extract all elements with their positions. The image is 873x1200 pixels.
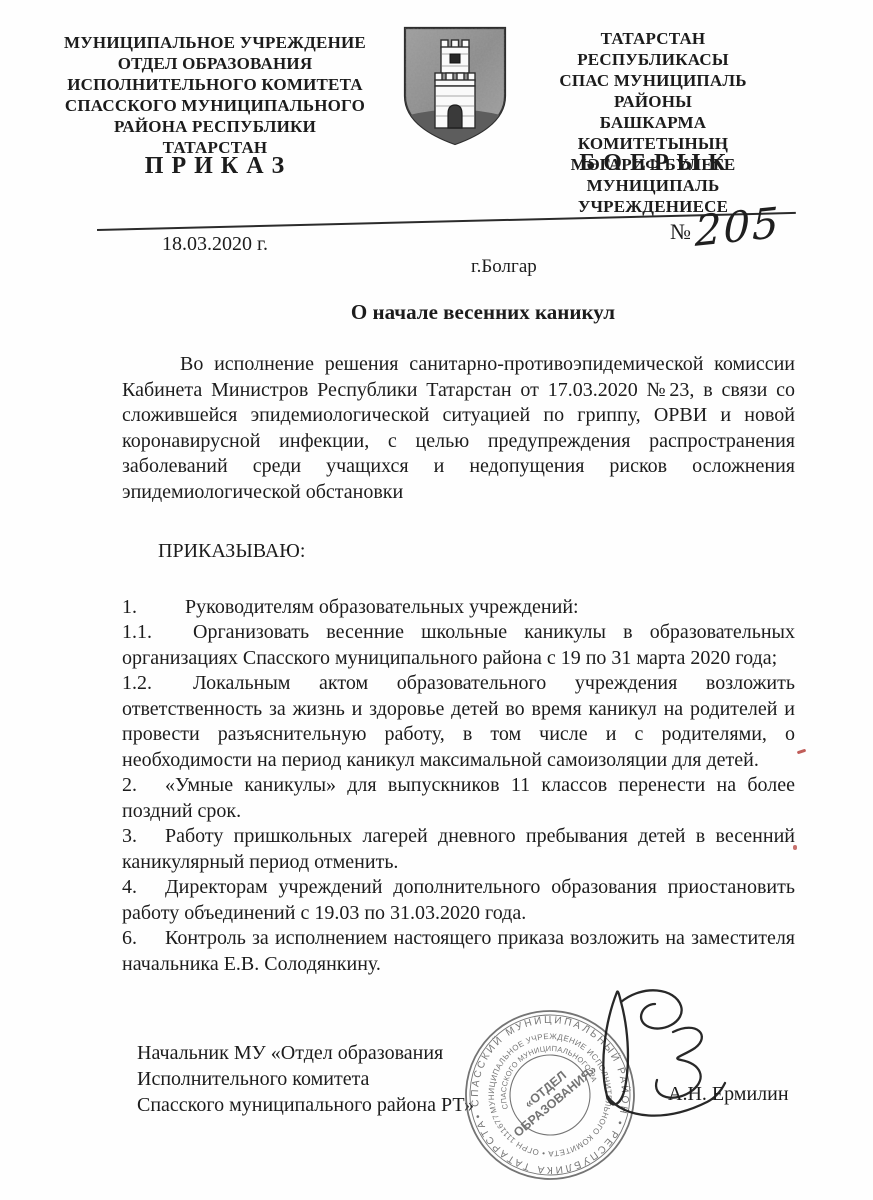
order-item-4: 4.Директорам учреждений дополнительного … bbox=[122, 875, 795, 926]
document-title: О начале весенних каникул bbox=[351, 300, 615, 325]
item-text: Организовать весенние школьные каникулы … bbox=[122, 621, 795, 669]
document-body: Во исполнение решения санитарно-противоэ… bbox=[122, 352, 795, 977]
intro-paragraph: Во исполнение решения санитарно-противоэ… bbox=[122, 352, 795, 505]
org-line: РАЙОНА РЕСПУБЛИКИ ТАТАРСТАН bbox=[60, 116, 370, 158]
org-line: МУНИЦИПАЛЬНОЕ УЧРЕЖДЕНИЕ bbox=[60, 32, 370, 53]
signer-position-line: Исполнительного комитета bbox=[137, 1066, 474, 1092]
signer-position-line: Спасского муниципального района РТ» bbox=[137, 1092, 474, 1118]
order-item-1-1: 1.1.Организовать весенние школьные каник… bbox=[122, 620, 795, 671]
item-text: Контроль за исполнением настоящего прика… bbox=[122, 927, 795, 975]
signer-position: Начальник МУ «Отдел образования Исполнит… bbox=[137, 1040, 474, 1118]
org-line: СПАССКОГО МУНИЦИПАЛЬНОГО bbox=[60, 95, 370, 116]
item-number: 4. bbox=[122, 875, 165, 901]
org-line: ИСПОЛНИТЕЛЬНОГО КОМИТЕТА bbox=[60, 74, 370, 95]
document-page: МУНИЦИПАЛЬНОЕ УЧРЕЖДЕНИЕ ОТДЕЛ ОБРАЗОВАН… bbox=[0, 0, 873, 1200]
number-label: № bbox=[670, 219, 691, 245]
document-place: г.Болгар bbox=[471, 256, 537, 278]
org-name-tatar: ТАТАРСТАН РЕСПУБЛИКАСЫ СПАС МУНИЦИПАЛЬ Р… bbox=[527, 28, 779, 217]
handwritten-number: 205 bbox=[690, 194, 810, 258]
item-text: Руководителям образовательных учреждений… bbox=[185, 596, 579, 618]
item-text: «Умные каникулы» для выпускников 11 клас… bbox=[122, 774, 795, 822]
order-word: ПРИКАЗЫВАЮ: bbox=[122, 539, 795, 565]
svg-text:205: 205 bbox=[694, 198, 781, 256]
document-date: 18.03.2020 г. bbox=[162, 233, 268, 256]
order-item-1: 1.Руководителям образовательных учрежден… bbox=[122, 595, 795, 621]
org-name-russian: МУНИЦИПАЛЬНОЕ УЧРЕЖДЕНИЕ ОТДЕЛ ОБРАЗОВАН… bbox=[60, 32, 370, 158]
item-number: 1.1. bbox=[122, 620, 193, 646]
red-scan-mark bbox=[793, 845, 797, 850]
signer-name: А.Н. Ермилин bbox=[668, 1083, 789, 1106]
org-line: ТАТАРСТАН РЕСПУБЛИКАСЫ bbox=[527, 28, 779, 70]
red-scan-mark bbox=[797, 749, 806, 755]
item-text: Работу пришкольных лагерей дневного преб… bbox=[122, 825, 795, 873]
org-line: ОТДЕЛ ОБРАЗОВАНИЯ bbox=[60, 53, 370, 74]
item-number: 6. bbox=[122, 926, 165, 952]
order-item-6: 6.Контроль за исполнением настоящего при… bbox=[122, 926, 795, 977]
order-item-2: 2.«Умные каникулы» для выпускников 11 кл… bbox=[122, 773, 795, 824]
item-number: 3. bbox=[122, 824, 165, 850]
order-item-1-2: 1.2.Локальным актом образовательного учр… bbox=[122, 671, 795, 773]
coat-of-arms-icon bbox=[399, 24, 511, 148]
doc-type-tatar: Б О Е Р Ы К bbox=[527, 150, 779, 177]
item-number: 1. bbox=[122, 595, 185, 621]
item-number: 2. bbox=[122, 773, 165, 799]
org-line: БАШКАРМА КОМИТЕТЫНЫҢ bbox=[527, 112, 779, 154]
item-number: 1.2. bbox=[122, 671, 193, 697]
order-item-3: 3.Работу пришкольных лагерей дневного пр… bbox=[122, 824, 795, 875]
doc-type-russian: П Р И К А З bbox=[60, 153, 370, 180]
signature-icon bbox=[555, 980, 730, 1145]
item-text: Локальным актом образовательного учрежде… bbox=[122, 672, 795, 771]
org-line: СПАС МУНИЦИПАЛЬ РАЙОНЫ bbox=[527, 70, 779, 112]
item-text: Директорам учреждений дополнительного об… bbox=[122, 876, 795, 924]
signer-position-line: Начальник МУ «Отдел образования bbox=[137, 1040, 474, 1066]
